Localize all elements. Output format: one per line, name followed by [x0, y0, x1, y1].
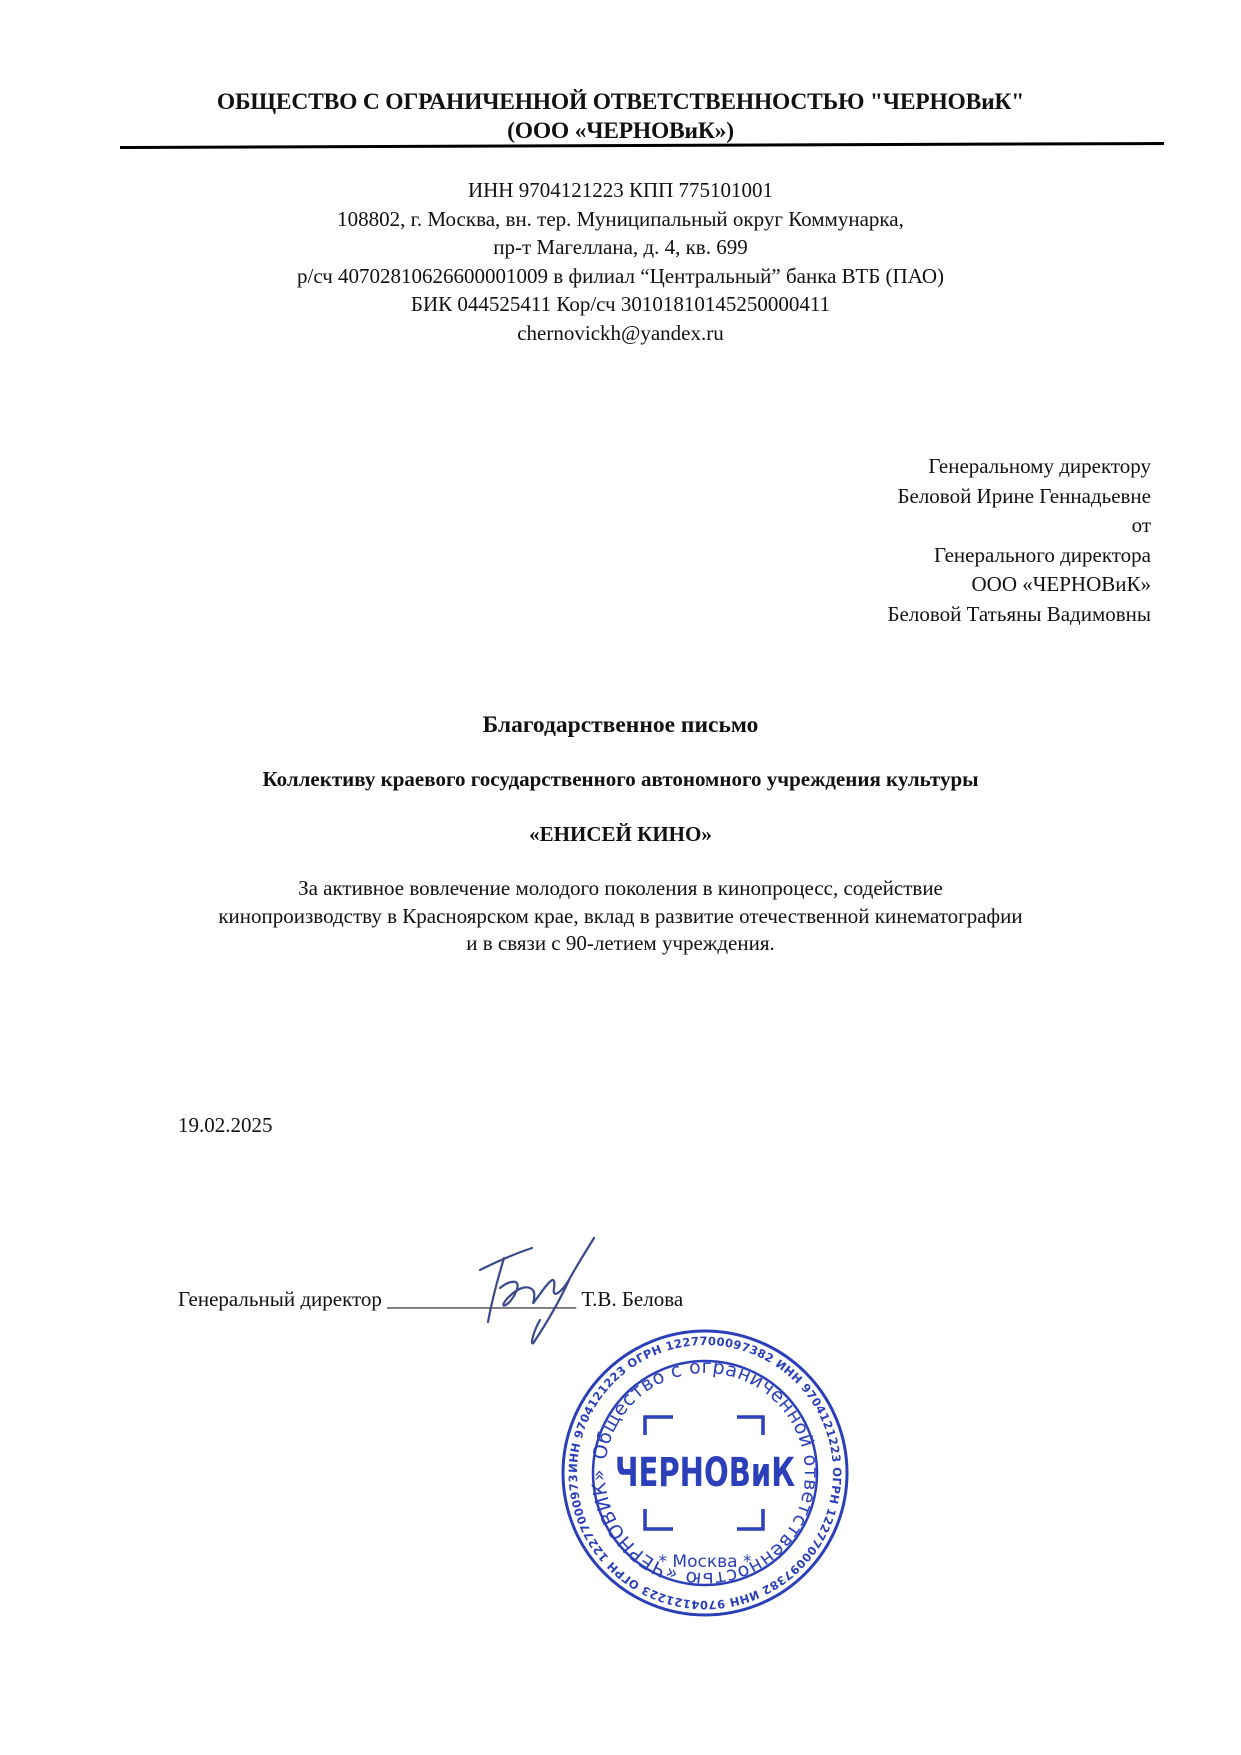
addressee-line: Беловой Татьяны Вадимовны [887, 600, 1151, 630]
requisites-address-line-1: 108802, г. Москва, вн. тер. Муниципальны… [0, 205, 1241, 234]
addressee-line: от [887, 511, 1151, 541]
letter-title: Благодарственное письмо [0, 712, 1241, 739]
requisites-email: chernovickh@yandex.ru [0, 319, 1241, 348]
addressee-line: Генерального директора [887, 541, 1151, 571]
requisites-address-line-2: пр-т Магеллана, д. 4, кв. 699 [0, 233, 1241, 262]
org-full-name: ОБЩЕСТВО С ОГРАНИЧЕННОЙ ОТВЕТСТВЕННОСТЬЮ… [0, 88, 1241, 117]
letterhead: ОБЩЕСТВО С ОГРАНИЧЕННОЙ ОТВЕТСТВЕННОСТЬЮ… [0, 88, 1241, 146]
addressee-line: Генеральному директору [887, 452, 1151, 482]
svg-text:ЧЕРНОВиК: ЧЕРНОВиК [615, 1450, 795, 1496]
letter-body-line: кинопроизводству в Красноярском крае, вк… [0, 903, 1241, 931]
requisites-bank-account: р/сч 40702810626600001009 в филиал “Цент… [0, 262, 1241, 291]
signer-position: Генеральный директор [178, 1287, 382, 1311]
letter-body-line: и в связи с 90-летием учреждения. [0, 930, 1241, 958]
letter-body-line: За активное вовлечение молодого поколени… [0, 875, 1241, 903]
letter-recipient-org: «ЕНИСЕЙ КИНО» [0, 822, 1241, 847]
requisites-bik: БИК 044525411 Кор/сч 3010181014525000041… [0, 290, 1241, 319]
svg-text:* Москва *: * Москва * [659, 1552, 752, 1572]
letter-body: За активное вовлечение молодого поколени… [0, 875, 1241, 958]
addressee-line: Беловой Ирине Геннадьевне [887, 482, 1151, 512]
letter-date: 19.02.2025 [178, 1113, 273, 1138]
company-requisites: ИНН 9704121223 КПП 775101001 108802, г. … [0, 176, 1241, 347]
company-seal-icon: ИНН 9704121223 ОГРН 1227700097382 ИНН 97… [555, 1323, 855, 1623]
addressee-block: Генеральному директору Беловой Ирине Ген… [887, 452, 1151, 629]
letter-recipient: Коллективу краевого государственного авт… [0, 767, 1241, 792]
requisites-inn-kpp: ИНН 9704121223 КПП 775101001 [0, 176, 1241, 205]
addressee-line: ООО «ЧЕРНОВиК» [887, 570, 1151, 600]
